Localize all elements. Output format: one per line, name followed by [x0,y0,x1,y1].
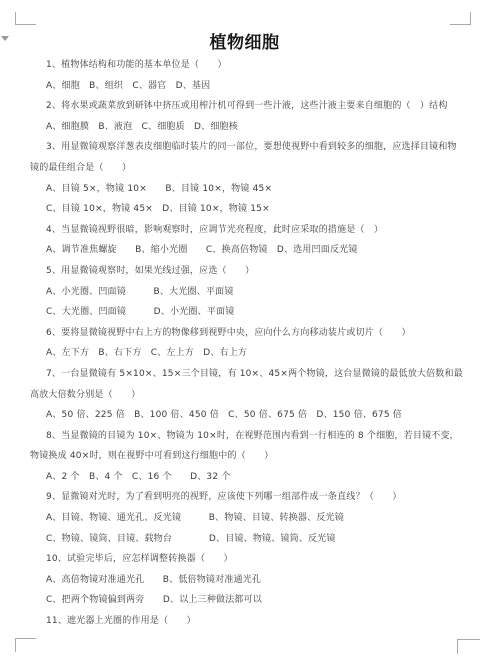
document-page: 植物细胞 1、植物体结构和功能的基本单位是（ ）A、细胞 B、组织 C、器官 D… [0,0,489,670]
text-line: 8、当显微镜的目镜为 10×、物镜为 10×时，在视野范围内看到一行相连的 8 … [30,426,468,447]
text-line: A、目镜、物镜、通光孔、反光镜 B、物镜、目镜、转换器、反光镜 [30,508,468,529]
text-boundary-mark-bottom-left [15,638,36,652]
text-line: A、小光圈、凹面镜 B、大光圈、平面镜 [30,282,468,303]
text-line: C、大光圈、凹面镜 D、小光圈、平面镜 [30,302,468,323]
document-body: 1、植物体结构和功能的基本单位是（ ）A、细胞 B、组织 C、器官 D、基因2、… [30,55,468,632]
text-boundary-mark-top-right [450,12,471,25]
text-line: A、细胞 B、组织 C、器官 D、基因 [30,76,468,97]
text-boundary-mark-bottom-right [457,639,480,654]
text-line: 高放大倍数分别是（ ） [30,385,468,406]
text-line: 11、遮光器上光圈的作用是（ ） [30,611,468,632]
text-line: 1、植物体结构和功能的基本单位是（ ） [30,55,468,76]
text-line: 10、试验完毕后，应怎样调整转换器（ ） [30,549,468,570]
text-line: A、细胞膜 B、液泡 C、细胞质 D、细胞核 [30,117,468,138]
text-line: C、物镜、镜筒、目镜、载物台 D、目镜、物镜、镜筒、反光镜 [30,529,468,550]
text-line: A、左下方 B、右下方 C、左上方 D、右上方 [30,343,468,364]
text-line: A、调节准焦螺旋 B、缩小光圈 C、换高倍物镜 D、选用凹面反光镜 [30,240,468,261]
text-line: C、目镜 10×，物镜 45× D、目镜 10×，物镜 15× [30,199,468,220]
text-line: 5、用显微镜观察时，如果光线过强，应选（ ） [30,261,468,282]
text-line: 6、要将显微镜视野中右上方的物像移到视野中央，应向什么方向移动装片或切片（ ） [30,323,468,344]
text-line: C、把两个物镜偏到两旁 D、以上三种做法都可以 [30,590,468,611]
text-line: 4、当显微镜视野很暗，影响观察时，应调节光亮程度，此时应采取的措施是（ ） [30,220,468,241]
text-line: A、50 倍、225 倍 B、100 倍、450 倍 C、50 倍、675 倍 … [30,405,468,426]
text-line: 镜的最佳组合是（ ） [30,158,468,179]
text-line: 物镜换成 40×时，则在视野中可看到这行细胞中的（ ） [30,446,468,467]
page-title: 植物细胞 [0,28,489,53]
text-boundary-mark-top-left [15,12,36,25]
text-line: 3、用显微镜观察洋葱表皮细胞临时装片的同一部位，要想使视野中看到较多的细胞，应选… [30,137,468,158]
text-line: A、目镜 5×，物镜 10× B、目镜 10×，物镜 45× [30,179,468,200]
text-line: A、2 个 B、4 个 C、16 个 D、32 个 [30,467,468,488]
text-line: A、高倍物镜对准通光孔 B、低倍物镜对准通光孔 [30,570,468,591]
text-line: 7、一台显微镜有 5×10×、15×三个目镜，有 10×、45×两个物镜，这台显… [30,364,468,385]
text-line: 2、将水果或蔬菜放到研钵中挤压或用榨汁机可得到一些汁液，这些汁液主要来自细胞的（… [30,96,468,117]
text-line: 9、显微镜对光时，为了看到明亮的视野，应该使下列哪一组部件成一条直线？（ ） [30,487,468,508]
